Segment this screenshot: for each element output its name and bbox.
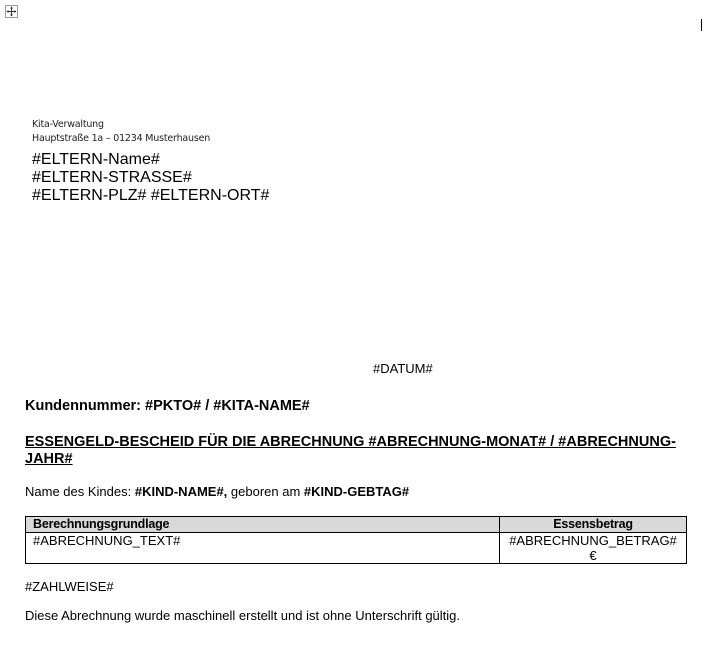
column-header-basis: Berechnungsgrundlage	[26, 517, 500, 533]
child-info-line: Name des Kindes: #KIND-NAME#, geboren am…	[25, 484, 409, 500]
recipient-address: #ELTERN-Name# #ELTERN-STRASSE# #ELTERN-P…	[32, 151, 269, 205]
text-cursor	[701, 19, 702, 31]
cell-basis: #ABRECHNUNG_TEXT#	[26, 533, 500, 564]
customer-number-line: Kundennummer: #PKTO# / #KITA-NAME#	[25, 397, 310, 415]
sender-address: Kita-Verwaltung Hauptstraße 1a – 01234 M…	[32, 118, 210, 146]
child-name-label: Name des Kindes:	[25, 484, 135, 499]
calculation-table: Berechnungsgrundlage Essensbetrag #ABREC…	[25, 516, 687, 564]
table-row: #ABRECHNUNG_TEXT# #ABRECHNUNG_BETRAG# €	[26, 533, 687, 564]
table-header-row: Berechnungsgrundlage Essensbetrag	[26, 517, 687, 533]
recipient-city: #ELTERN-PLZ# #ELTERN-ORT#	[32, 187, 269, 205]
document-date: #DATUM#	[373, 361, 433, 377]
footer-note: Diese Abrechnung wurde maschinell erstel…	[25, 608, 460, 624]
cell-amount: #ABRECHNUNG_BETRAG# €	[500, 533, 687, 564]
recipient-name: #ELTERN-Name#	[32, 151, 269, 169]
table-move-handle-icon[interactable]	[5, 5, 18, 18]
document-subject: ESSENGELD-BESCHEID FÜR DIE ABRECHNUNG #A…	[25, 434, 690, 468]
recipient-street: #ELTERN-STRASSE#	[32, 169, 269, 187]
child-birthday: #KIND-GEBTAG#	[304, 484, 409, 499]
sender-name: Kita-Verwaltung	[32, 118, 210, 132]
child-name: #KIND-NAME#,	[135, 484, 227, 499]
child-born-label: geboren am	[227, 484, 304, 499]
payment-method: #ZAHLWEISE#	[25, 579, 114, 595]
column-header-amount: Essensbetrag	[500, 517, 687, 533]
sender-street: Hauptstraße 1a – 01234 Musterhausen	[32, 132, 210, 146]
